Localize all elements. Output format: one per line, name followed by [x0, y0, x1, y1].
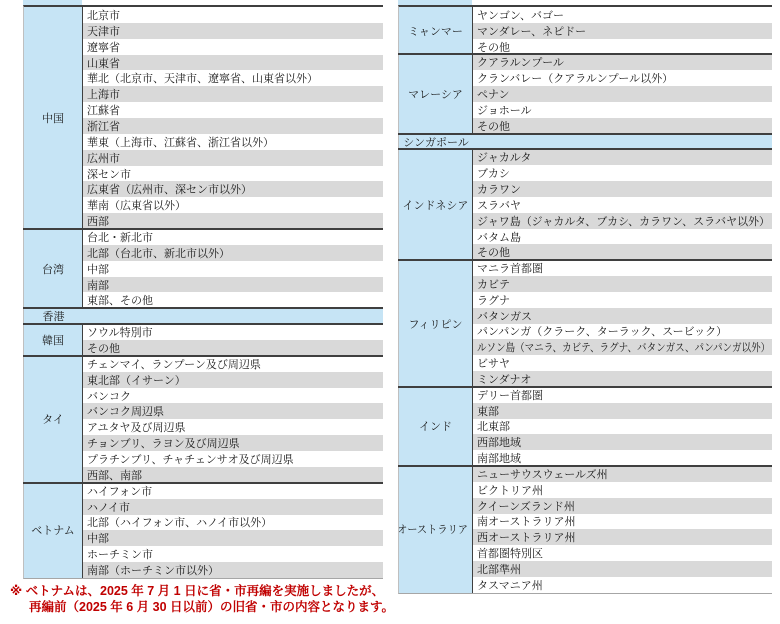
- region-rows: チェンマイ、ランプーン及び周辺県東北部（イサーン）バンコクバンコク周辺県アユタヤ…: [83, 356, 383, 483]
- region-row: デリー首都圏: [473, 387, 772, 403]
- region-label: 上海市: [87, 86, 120, 102]
- region-row: 北東部: [473, 419, 772, 435]
- region-row: 深セン市: [83, 166, 383, 182]
- region-label: 遼寧省: [87, 39, 120, 55]
- cropped-row-sliver: [23, 0, 383, 5]
- region-label: バンコク周辺県: [87, 403, 164, 419]
- region-row: ニューサウスウェールズ州: [473, 466, 772, 482]
- region-row: 南部: [83, 277, 383, 293]
- region-row: ビクトリア州: [473, 482, 772, 498]
- region-label: ニューサウスウェールズ州: [477, 466, 608, 482]
- country-label-cell: マレーシア: [399, 54, 473, 133]
- region-label: ミンダナオ: [477, 371, 531, 387]
- region-label: 華南（広東省以外）: [87, 197, 186, 213]
- cropped-label-sliver: [398, 0, 472, 5]
- region-label: パンパンガ（クラーク、ターラック、スービック）: [477, 324, 727, 340]
- country-label-cell: インドネシア: [399, 149, 473, 260]
- region-row: 西部、南部: [83, 467, 383, 483]
- region-row: 西オーストラリア州: [473, 529, 772, 545]
- region-label: 華東（上海市、江蘇省、浙江省以外）: [87, 134, 274, 150]
- country-label-cell: 韓国: [24, 324, 83, 356]
- region-label: その他: [477, 39, 510, 55]
- country-section: タイチェンマイ、ランプーン及び周辺県東北部（イサーン）バンコクバンコク周辺県アユ…: [24, 356, 383, 483]
- region-row: チョンブリ、ラヨン及び周辺県: [83, 435, 383, 451]
- region-label: ペナン: [477, 86, 509, 102]
- region-label: バンコク: [87, 388, 131, 404]
- country-section: 韓国ソウル特別市その他: [24, 324, 383, 356]
- region-row: 首都圏特別区: [473, 545, 772, 561]
- country-label: シンガポール: [399, 134, 473, 150]
- region-row: 華北（北京市、天津市、遼寧省、山東省以外）: [83, 70, 383, 86]
- region-row: 華南（広東省以外）: [83, 197, 383, 213]
- region-label: 台北・新北市: [87, 229, 153, 245]
- region-row: その他: [473, 39, 772, 55]
- region-label: 広州市: [87, 150, 120, 166]
- region-label: ビクトリア州: [477, 482, 543, 498]
- region-label: スラバヤ: [477, 197, 521, 213]
- region-label: ジョホール: [477, 102, 532, 118]
- region-rows: クアラルンプールクランバレー（クアラルンプール以外）ペナンジョホールその他: [473, 54, 772, 133]
- region-label: ハノイ市: [87, 499, 130, 515]
- region-row: ホーチミン市: [83, 546, 383, 562]
- region-label: 北京市: [87, 7, 120, 23]
- region-label: ルソン島（マニラ、カビテ、ラグナ、バタンガス、パンパンガ以外）: [477, 339, 770, 355]
- region-row: クアラルンプール: [473, 54, 772, 70]
- region-row: その他: [473, 118, 772, 134]
- region-table-right: ミャンマーヤンゴン、バゴーマンダレー、ネピドーその他マレーシアクアラルンプールク…: [398, 0, 772, 594]
- region-row: ソウル特別市: [83, 324, 383, 340]
- country-section: インドデリー首都圏東部北東部西部地域南部地域: [399, 387, 772, 466]
- region-label: ソウル特別市: [87, 324, 153, 340]
- region-label: カビテ: [477, 276, 510, 292]
- region-rows: デリー首都圏東部北東部西部地域南部地域: [473, 387, 772, 466]
- region-row: ビサヤ: [473, 355, 772, 371]
- region-label: バタム島: [477, 229, 521, 245]
- region-label: ジャカルタ: [477, 149, 531, 165]
- region-row: 江蘇省: [83, 102, 383, 118]
- region-row: ミンダナオ: [473, 371, 772, 387]
- region-row: マニラ首都圏: [473, 260, 772, 276]
- region-row: プラチンブリ、チャチェンサオ及び周辺県: [83, 451, 383, 467]
- region-row: スラバヤ: [473, 197, 772, 213]
- region-label: その他: [477, 244, 510, 260]
- region-label: 華北（北京市、天津市、遼寧省、山東省以外）: [87, 70, 318, 86]
- region-row: 広東省（広州市、深セン市以外）: [83, 181, 383, 197]
- region-label: 山東省: [87, 55, 120, 71]
- region-label: 北東部: [477, 419, 510, 435]
- region-label: 西オーストラリア州: [477, 529, 575, 545]
- region-label: プラチンブリ、チャチェンサオ及び周辺県: [87, 451, 294, 467]
- region-row: 上海市: [83, 86, 383, 102]
- region-label: アユタヤ及び周辺県: [87, 419, 185, 435]
- region-label: 東部、その他: [87, 292, 153, 308]
- region-label: マンダレー、ネピドー: [477, 23, 586, 39]
- region-label: 中部: [87, 530, 109, 546]
- region-label: 南部地域: [477, 450, 521, 466]
- region-table-body: ミャンマーヤンゴン、バゴーマンダレー、ネピドーその他マレーシアクアラルンプールク…: [398, 5, 772, 594]
- region-row: カビテ: [473, 276, 772, 292]
- country-section: インドネシアジャカルタブカシカラワンスラバヤジャワ島（ジャカルタ、ブカシ、カラワ…: [399, 149, 772, 260]
- region-row: 北部（ハイフォン市、ハノイ市以外）: [83, 515, 383, 531]
- region-row: カラワン: [473, 181, 772, 197]
- region-row: バンコク周辺県: [83, 403, 383, 419]
- country-label: フィリピン: [408, 316, 462, 332]
- region-label: ブカシ: [477, 165, 510, 181]
- country-section: オーストラリアニューサウスウェールズ州ビクトリア州クイーンズランド州南オーストラ…: [399, 466, 772, 593]
- region-row: バンコク: [83, 388, 383, 404]
- country-label-cell: ベトナム: [24, 483, 83, 578]
- region-row: その他: [83, 340, 383, 356]
- region-row: クイーンズランド州: [473, 498, 772, 514]
- cropped-row-sliver: [398, 0, 772, 5]
- region-label: チョンブリ、ラヨン及び周辺県: [87, 435, 240, 451]
- region-label: 北部（台北市、新北市以外）: [87, 245, 230, 261]
- region-label: バタンガス: [477, 308, 532, 324]
- region-label: ハイフォン市: [87, 483, 152, 499]
- region-label: 江蘇省: [87, 102, 120, 118]
- region-rows: 台北・新北市北部（台北市、新北市以外）中部南部東部、その他: [83, 229, 383, 308]
- full-width-country-row: シンガポール: [399, 134, 772, 150]
- region-row: 天津市: [83, 23, 383, 39]
- region-row: 広州市: [83, 150, 383, 166]
- region-rows: マニラ首都圏カビテラグナバタンガスパンパンガ（クラーク、ターラック、スービック）…: [473, 260, 772, 387]
- country-label: インド: [419, 418, 452, 434]
- vietnam-footnote: ※ ベトナムは、2025 年 7 月 1 日に省・市再編を実施しましたが、 再編…: [10, 584, 394, 615]
- region-label: ジャワ島（ジャカルタ、ブカシ、カラワン、スラバヤ以外）: [477, 213, 770, 229]
- region-label: 南オーストラリア州: [477, 514, 575, 530]
- region-row: 南部地域: [473, 450, 772, 466]
- region-table-body: 中国北京市天津市遼寧省山東省華北（北京市、天津市、遼寧省、山東省以外）上海市江蘇…: [23, 5, 383, 579]
- region-label: 広東省（広州市、深セン市以外）: [87, 181, 252, 197]
- region-row: ジャカルタ: [473, 149, 772, 165]
- country-section: 台湾台北・新北市北部（台北市、新北市以外）中部南部東部、その他: [24, 229, 383, 308]
- region-label: 東部: [477, 403, 499, 419]
- country-label: 中国: [42, 110, 64, 126]
- footnote-line-2: 再編前（2025 年 6 月 30 日以前）の旧省・市の内容となります。: [10, 600, 394, 616]
- region-row: クランバレー（クアラルンプール以外）: [473, 70, 772, 86]
- region-label: 深セン市: [87, 166, 131, 182]
- region-row: 西部: [83, 213, 383, 229]
- region-label: 東北部（イサーン）: [87, 372, 186, 388]
- region-row: 北京市: [83, 7, 383, 23]
- region-row: 中部: [83, 261, 383, 277]
- region-label: 西部: [87, 213, 109, 229]
- country-label: マレーシア: [408, 86, 463, 102]
- region-label: デリー首都圏: [477, 387, 543, 403]
- region-row: ラグナ: [473, 292, 772, 308]
- region-row: 西部地域: [473, 434, 772, 450]
- country-label-cell: 台湾: [24, 229, 83, 308]
- region-label: クイーンズランド州: [477, 498, 575, 514]
- region-row: 中部: [83, 530, 383, 546]
- country-section: 中国北京市天津市遼寧省山東省華北（北京市、天津市、遼寧省、山東省以外）上海市江蘇…: [24, 7, 383, 229]
- country-label-cell: ミャンマー: [399, 7, 473, 54]
- region-row: バタンガス: [473, 308, 772, 324]
- region-row: 東部: [473, 403, 772, 419]
- country-label-cell: フィリピン: [399, 260, 473, 387]
- region-label: ヤンゴン、バゴー: [477, 7, 564, 23]
- country-label: 台湾: [42, 261, 64, 277]
- region-row: アユタヤ及び周辺県: [83, 419, 383, 435]
- region-row: 遼寧省: [83, 39, 383, 55]
- region-label: クアラルンプール: [477, 54, 564, 70]
- region-row: ペナン: [473, 86, 772, 102]
- region-label: 中部: [87, 261, 109, 277]
- full-width-country-row: 香港: [24, 308, 383, 324]
- region-row: 南オーストラリア州: [473, 514, 772, 530]
- region-row: ハノイ市: [83, 499, 383, 515]
- region-row: パンパンガ（クラーク、ターラック、スービック）: [473, 324, 772, 340]
- country-label: ベトナム: [31, 522, 74, 538]
- region-row: 東北部（イサーン）: [83, 372, 383, 388]
- region-label: 南部: [87, 277, 109, 293]
- country-label-cell: 中国: [24, 7, 83, 229]
- country-label-cell: タイ: [24, 356, 83, 483]
- country-label: タイ: [42, 411, 64, 427]
- region-label: 首都圏特別区: [477, 545, 543, 561]
- region-row: バタム島: [473, 229, 772, 245]
- region-label: 南部（ホーチミン市以外）: [87, 562, 219, 578]
- region-label: クランバレー（クアラルンプール以外）: [477, 70, 673, 86]
- region-row: 東部、その他: [83, 292, 383, 308]
- region-row: 華東（上海市、江蘇省、浙江省以外）: [83, 134, 383, 150]
- country-section: 香港: [24, 308, 383, 324]
- region-row: ハイフォン市: [83, 483, 383, 499]
- region-row: 山東省: [83, 55, 383, 71]
- region-label: 天津市: [87, 23, 120, 39]
- country-label: インドネシア: [403, 197, 469, 213]
- footnote-line-1: ※ ベトナムは、2025 年 7 月 1 日に省・市再編を実施しましたが、: [10, 584, 394, 600]
- region-label: 西部、南部: [87, 467, 142, 483]
- region-label: カラワン: [477, 181, 521, 197]
- region-row: ブカシ: [473, 165, 772, 181]
- cropped-label-sliver: [23, 0, 82, 5]
- country-label-cell: オーストラリア: [399, 466, 473, 593]
- country-section: ベトナムハイフォン市ハノイ市北部（ハイフォン市、ハノイ市以外）中部ホーチミン市南…: [24, 483, 383, 578]
- region-label: 北部（ハイフォン市、ハノイ市以外）: [87, 515, 272, 531]
- region-label: マニラ首都圏: [477, 260, 543, 276]
- region-row: ヤンゴン、バゴー: [473, 7, 772, 23]
- region-rows: ハイフォン市ハノイ市北部（ハイフォン市、ハノイ市以外）中部ホーチミン市南部（ホー…: [83, 483, 383, 578]
- region-label: ビサヤ: [477, 355, 510, 371]
- region-row: 台北・新北市: [83, 229, 383, 245]
- country-section: フィリピンマニラ首都圏カビテラグナバタンガスパンパンガ（クラーク、ターラック、ス…: [399, 260, 772, 387]
- region-label: ラグナ: [477, 292, 510, 308]
- region-row: チェンマイ、ランプーン及び周辺県: [83, 356, 383, 372]
- region-label: 浙江省: [87, 118, 120, 134]
- country-section: シンガポール: [399, 134, 772, 150]
- region-label: チェンマイ、ランプーン及び周辺県: [87, 356, 261, 372]
- country-section: ミャンマーヤンゴン、バゴーマンダレー、ネピドーその他: [399, 7, 772, 54]
- region-label: その他: [87, 340, 120, 356]
- country-label: 香港: [24, 308, 83, 324]
- region-row: マンダレー、ネピドー: [473, 23, 772, 39]
- region-row: タスマニア州: [473, 577, 772, 593]
- region-row: ルソン島（マニラ、カビテ、ラグナ、バタンガス、パンパンガ以外）: [473, 339, 772, 355]
- region-label: タスマニア州: [477, 577, 543, 593]
- country-label: ミャンマー: [408, 23, 463, 39]
- region-label: 西部地域: [477, 434, 521, 450]
- region-row: 北部準州: [473, 561, 772, 577]
- region-row: 浙江省: [83, 118, 383, 134]
- region-row: 北部（台北市、新北市以外）: [83, 245, 383, 261]
- region-rows: ヤンゴン、バゴーマンダレー、ネピドーその他: [473, 7, 772, 54]
- region-table-left: 中国北京市天津市遼寧省山東省華北（北京市、天津市、遼寧省、山東省以外）上海市江蘇…: [23, 0, 383, 579]
- country-section: マレーシアクアラルンプールクランバレー（クアラルンプール以外）ペナンジョホールそ…: [399, 54, 772, 133]
- region-row: その他: [473, 244, 772, 260]
- region-label: ホーチミン市: [87, 546, 153, 562]
- country-label-cell: インド: [399, 387, 473, 466]
- country-label: オーストラリア: [399, 521, 468, 537]
- region-row: ジャワ島（ジャカルタ、ブカシ、カラワン、スラバヤ以外）: [473, 213, 772, 229]
- region-rows: 北京市天津市遼寧省山東省華北（北京市、天津市、遼寧省、山東省以外）上海市江蘇省浙…: [83, 7, 383, 229]
- region-rows: ジャカルタブカシカラワンスラバヤジャワ島（ジャカルタ、ブカシ、カラワン、スラバヤ…: [473, 149, 772, 260]
- country-label: 韓国: [42, 332, 64, 348]
- region-rows: ニューサウスウェールズ州ビクトリア州クイーンズランド州南オーストラリア州西オース…: [473, 466, 772, 593]
- region-rows: ソウル特別市その他: [83, 324, 383, 356]
- region-label: その他: [477, 118, 510, 134]
- region-row: ジョホール: [473, 102, 772, 118]
- region-row: 南部（ホーチミン市以外）: [83, 562, 383, 578]
- region-label: 北部準州: [477, 561, 521, 577]
